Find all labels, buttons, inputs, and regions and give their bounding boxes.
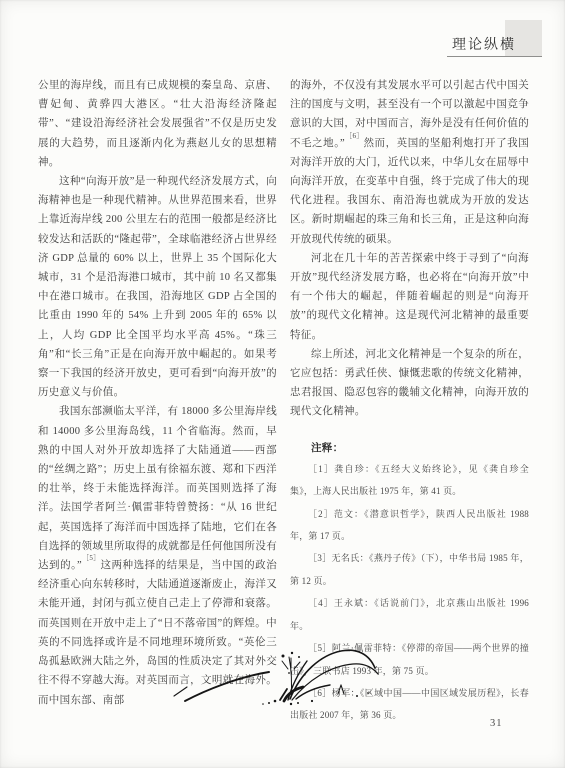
paragraph: 河北在几十年的苦苦探索中终于寻到了“向海开放”现代经济发展方略，也必将在“向海开… xyxy=(290,249,529,345)
citation-ref: ［5］ xyxy=(82,554,101,562)
paragraph: 公里的海岸线，而且有已成规模的秦皇岛、京唐、曹妃甸、黄骅四大港区。“壮大沿海经济… xyxy=(38,76,277,172)
ink-orchid-illustration xyxy=(172,643,387,715)
page-number: 31 xyxy=(490,718,503,729)
right-column: 的海外，不仅没有其发展水平可以引起古代中国关注的国度与文明，甚至没有一个可以激起… xyxy=(290,76,529,727)
note-item: ［3］无名氏：《燕丹子传》（下），中华书局 1985 年，第 12 页。 xyxy=(290,547,529,592)
right-column-paragraphs: 的海外，不仅没有其发展水平可以引起古代中国关注的国度与文明，甚至没有一个可以激起… xyxy=(290,76,529,422)
note-item: ［1］龚自珍：《五经大义始终论》，见《龚自珍全集》，上海人民出版社 1975 年… xyxy=(290,458,529,503)
section-header: 理论纵横 xyxy=(447,20,542,57)
paragraph: 综上所述，河北文化精神是一个复杂的所在，它应包括：勇武任侠、慷慨悲歌的传统文化精… xyxy=(290,345,529,422)
note-item: ［4］王永斌：《话说前门》，北京燕山出版社 1996 年。 xyxy=(290,592,529,637)
section-label: 理论纵横 xyxy=(452,34,516,54)
note-item: ［2］范文：《潜意识哲学》，陕西人民出版社 1988 年，第 17 页。 xyxy=(290,503,529,548)
paragraph: 这种“向海开放”是一种现代经济发展方式，向海精神也是一种现代精神。从世界范围来看… xyxy=(38,172,277,402)
left-column: 公里的海岸线，而且有已成规模的秦皇岛、京唐、曹妃甸、黄骅四大港区。“壮大沿海经济… xyxy=(38,76,277,727)
citation-ref: ［6］ xyxy=(345,132,364,140)
journal-page: 理论纵横 公里的海岸线，而且有已成规模的秦皇岛、京唐、曹妃甸、黄骅四大港区。“壮… xyxy=(0,0,565,768)
notes-title: 注释： xyxy=(290,439,529,458)
article-body: 公里的海岸线，而且有已成规模的秦皇岛、京唐、曹妃甸、黄骅四大港区。“壮大沿海经济… xyxy=(38,76,529,727)
section-header-rule xyxy=(447,56,542,57)
paragraph: 的海外，不仅没有其发展水平可以引起古代中国关注的国度与文明，甚至没有一个可以激起… xyxy=(290,76,529,249)
